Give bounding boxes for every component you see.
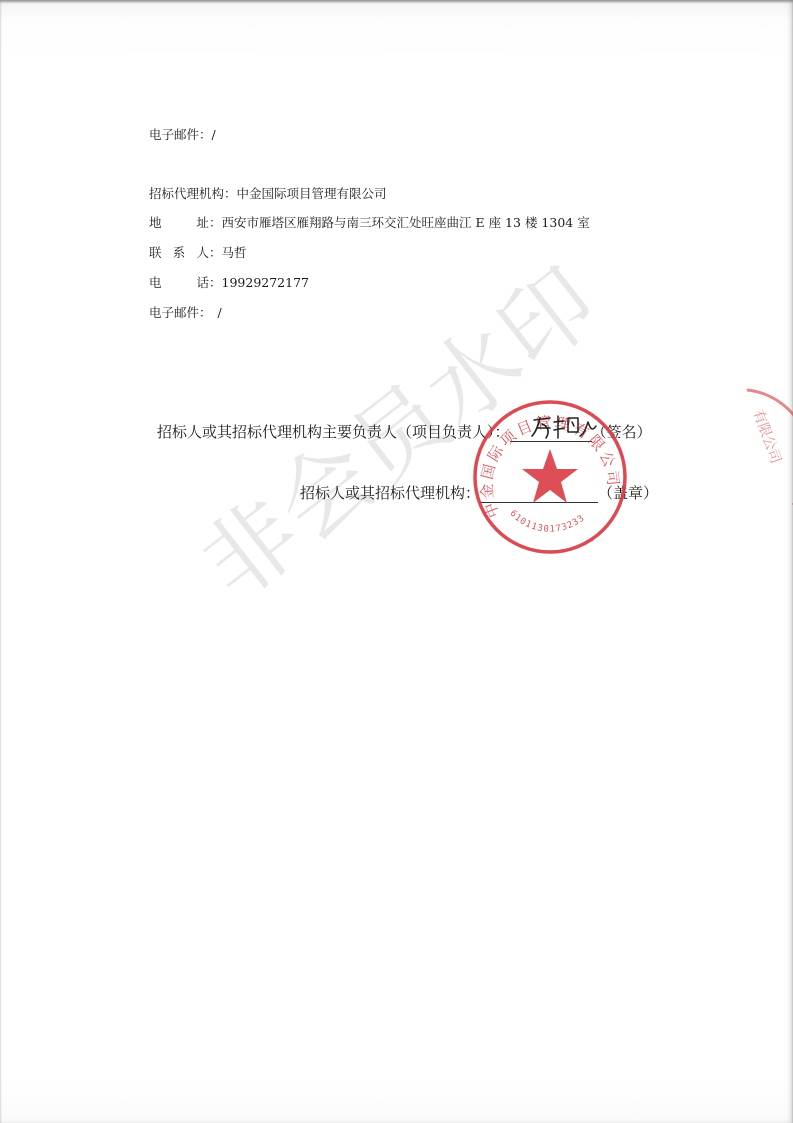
agency-label: 招标代理机构： <box>149 186 237 202</box>
partial-seal-edge-icon: 有限公司 <box>745 380 793 515</box>
agency-seal-line: 招标人或其招标代理机构：（盖章） <box>300 483 658 503</box>
phone-value: 19929272177 <box>222 275 309 290</box>
responsible-person-signature-line: 招标人或其招标代理机构主要负责人（项目负责人）：（签名） <box>157 422 652 442</box>
agency-line: 招标代理机构：中金国际项目管理有限公司 <box>149 186 387 202</box>
tenderer-email-line: 电子邮件：/ <box>149 127 216 143</box>
email-value: / <box>212 127 216 142</box>
address-label: 地 址 <box>149 215 209 231</box>
phone-line: 电 话 ：19929272177 <box>149 275 309 291</box>
agency-email-line: 电子邮件：/ <box>149 305 222 321</box>
seal-code-text: 6101130173233 <box>508 509 588 535</box>
address-line: 地 址 ：西安市雁塔区雁翔路与南三环交汇处旺座曲江 E 座 13 楼 1304 … <box>149 215 590 231</box>
seal-suffix: （盖章） <box>598 484 658 502</box>
contact-value: 马哲 <box>222 245 247 260</box>
company-seal-icon: 中金国际项目管理有限公司 6101130173233 <box>470 397 630 557</box>
signature-suffix: （签名） <box>592 423 652 441</box>
email-value: / <box>218 305 222 320</box>
agency-value: 中金国际项目管理有限公司 <box>237 186 387 201</box>
responsible-person-label: 招标人或其招标代理机构主要负责人（项目负责人）： <box>157 423 510 441</box>
document-page: 电子邮件：/ 招标代理机构：中金国际项目管理有限公司 地 址 ：西安市雁塔区雁翔… <box>0 0 793 1123</box>
contact-line: 联 系 人 ：马哲 <box>149 245 247 261</box>
phone-label: 电 话 <box>149 275 209 291</box>
signature-blank <box>510 423 592 442</box>
contact-label: 联 系 人 <box>149 245 209 261</box>
svg-text:6101130173233: 6101130173233 <box>508 509 588 535</box>
address-value: 西安市雁塔区雁翔路与南三环交汇处旺座曲江 E 座 13 楼 1304 室 <box>222 215 590 230</box>
agency-seal-label: 招标人或其招标代理机构： <box>300 484 480 502</box>
email-label: 电子邮件： <box>149 305 212 321</box>
seal-blank <box>480 484 598 503</box>
email-label: 电子邮件： <box>149 127 212 143</box>
seal-edge-text: 有限公司 <box>749 408 783 466</box>
